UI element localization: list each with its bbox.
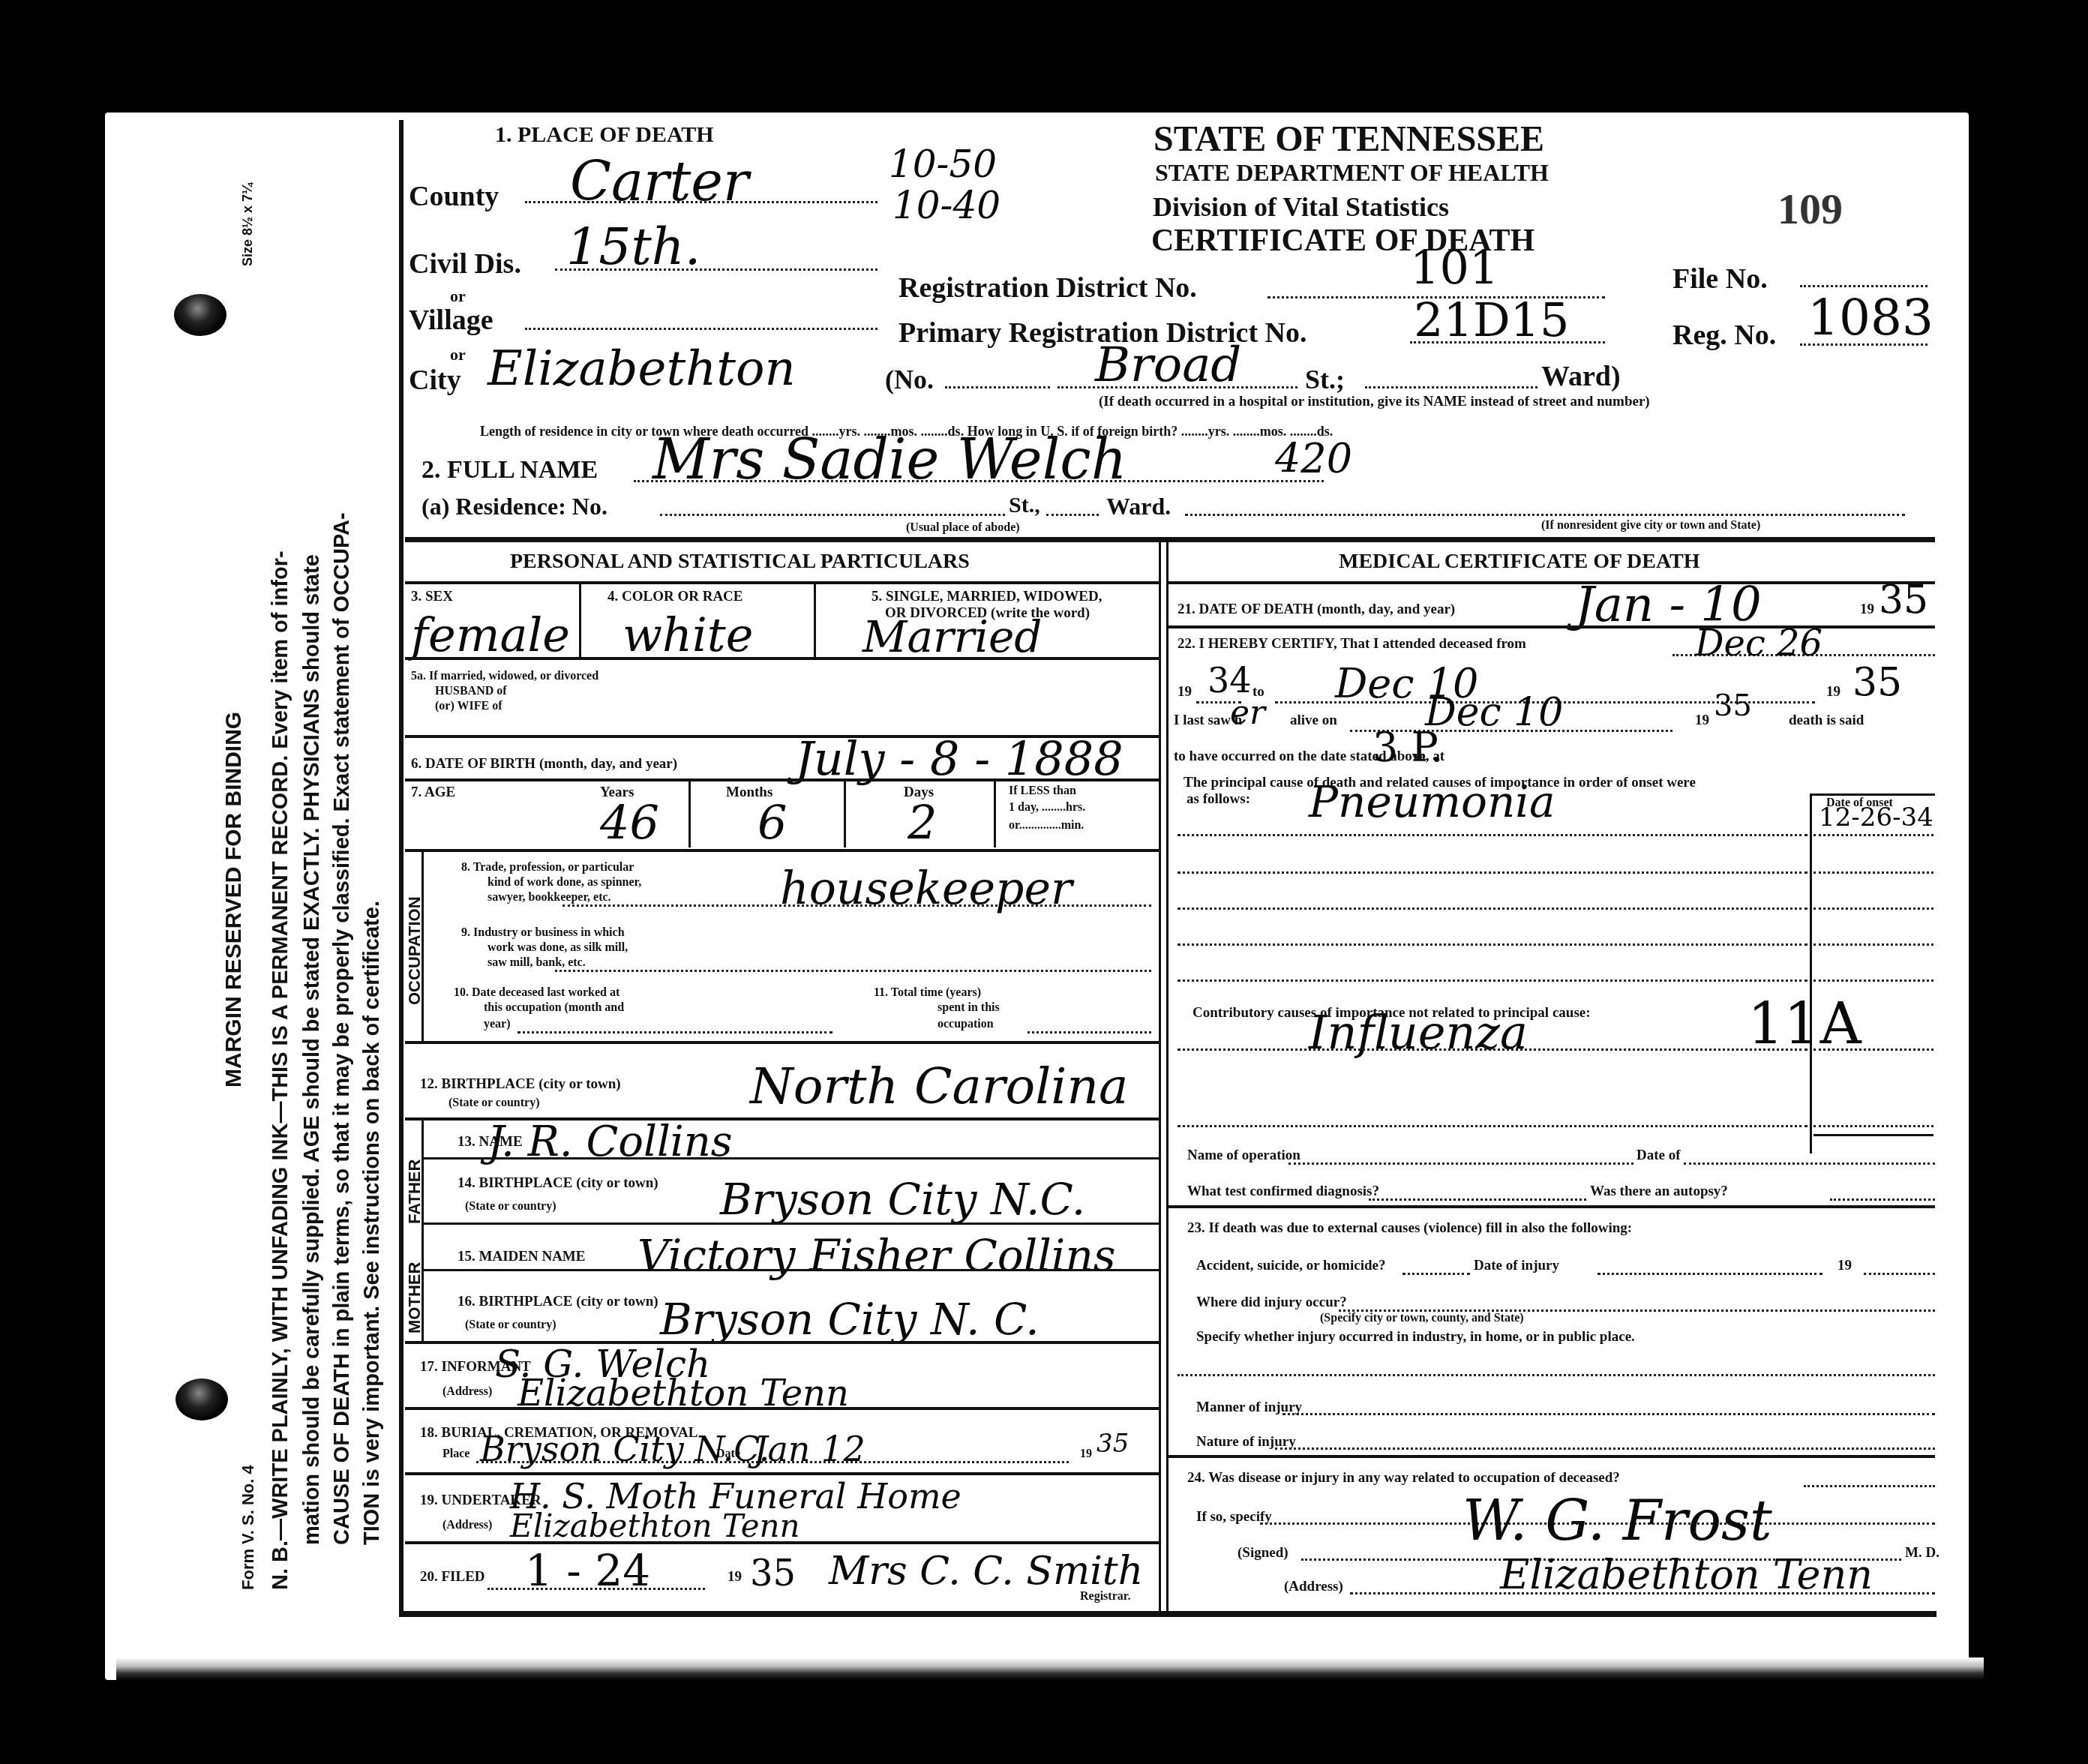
marital-label-1: 5. SINGLE, MARRIED, WIDOWED,	[871, 589, 1102, 605]
industry-label-2: work was done, as silk mill,	[487, 941, 628, 955]
full-name-value[interactable]: Mrs Sadie Welch	[652, 427, 1126, 492]
civil-dis-value[interactable]: 15th.	[566, 217, 700, 277]
margin-reserved: MARGIN RESERVED FOR BINDING	[221, 712, 247, 1087]
state-title: STATE OF TENNESSEE	[1153, 118, 1544, 160]
frame-left	[399, 120, 403, 1612]
time-suffix: m.	[1414, 748, 1429, 765]
column-divider-b	[1166, 540, 1168, 1612]
rule	[1168, 1205, 1935, 1208]
months-value[interactable]: 6	[757, 795, 787, 850]
dod-label: 21. DATE OF DEATH (month, day, and year)	[1177, 601, 1455, 618]
trade-label-2: kind of work done, as spinner,	[487, 876, 641, 889]
where-note: (Specify city or town, county, and State…	[1320, 1312, 1524, 1325]
instructions-line-3: CAUSE OF DEATH in plain terms, so that i…	[330, 512, 355, 1545]
full-name-annotation: 420	[1275, 435, 1352, 482]
department-title: STATE DEPARTMENT OF HEALTH	[1155, 159, 1549, 187]
instructions-line-1: N. B.—WRITE PLAINLY, WITH UNFADING INK—T…	[268, 105, 293, 1590]
spouse-label-2: HUSBAND of	[435, 685, 507, 698]
to-year[interactable]: 35	[1852, 660, 1902, 705]
rule	[405, 778, 1159, 781]
hospital-note: (If death occurred in a hospital or inst…	[1099, 394, 1650, 410]
spouse-label-3: (or) WIFE of	[435, 700, 502, 713]
less-than-3: or..............min.	[1009, 819, 1084, 832]
scan-edge	[116, 1657, 1984, 1680]
father-birthplace-value[interactable]: Bryson City N.C.	[720, 1174, 1085, 1225]
contributory-onset-line-2	[1813, 1125, 1933, 1127]
registration-district-label: Registration District No.	[898, 271, 1197, 304]
size-note: Size 8½ x 7¼	[240, 183, 256, 266]
contributory-line-2	[1177, 1125, 1807, 1127]
filed-year-prefix: 19	[727, 1569, 742, 1585]
binding-hole-top	[174, 294, 226, 336]
primary-district-label: Primary Registration District No.	[898, 316, 1307, 349]
alive-year-prefix: 19	[1695, 712, 1709, 729]
village-label: Village	[409, 304, 493, 337]
mother-name-label: 15. MAIDEN NAME	[457, 1249, 585, 1265]
rule	[1811, 793, 1935, 796]
residence-st-label: St.,	[1009, 493, 1040, 518]
total-time-line	[1027, 1031, 1151, 1033]
spouse-label-1: 5a. If married, widowed, or divorced	[411, 670, 598, 683]
registration-district-value[interactable]: 101	[1410, 240, 1498, 295]
total-time-label-3: occupation	[937, 1018, 994, 1031]
accident-label: Accident, suicide, or homicide?	[1196, 1258, 1385, 1274]
dod-year-prefix: 19	[1860, 601, 1874, 618]
rule	[1813, 1134, 1933, 1136]
dod-year[interactable]: 35	[1879, 577, 1928, 622]
last-worked-label-2: this occupation (month and	[484, 1001, 624, 1015]
birthplace-label-1: 12. BIRTHPLACE (city or town)	[420, 1076, 621, 1093]
contributory-line-1	[1177, 1048, 1807, 1051]
race-label: 4. COLOR OR RACE	[607, 589, 743, 605]
rule	[405, 581, 1159, 584]
sex-value[interactable]: female	[411, 607, 570, 662]
house-no-line	[945, 386, 1050, 388]
accident-line	[1402, 1273, 1470, 1275]
reg-no-label: Reg. No.	[1672, 319, 1776, 352]
father-bp-label-1: 14. BIRTHPLACE (city or town)	[457, 1175, 658, 1192]
binding-hole-bottom	[175, 1378, 228, 1420]
residence-ward-label: Ward.	[1106, 493, 1171, 520]
ward-line	[1365, 386, 1537, 388]
or-label-2: or	[450, 345, 466, 364]
less-than-2: 1 day, ........hrs.	[1009, 801, 1085, 814]
mother-side-label: MOTHER	[405, 1262, 424, 1333]
father-side-label: FATHER	[405, 1159, 424, 1224]
division-title: Division of Vital Statistics	[1153, 191, 1449, 223]
st-label: St.;	[1305, 364, 1345, 395]
undertaker-address-value[interactable]: Elizabethton Tenn	[510, 1507, 800, 1544]
rule	[1168, 1455, 1935, 1458]
age-label: 7. AGE	[411, 784, 455, 801]
city-value[interactable]: Elizabethton	[487, 341, 796, 397]
operation-date-line	[1684, 1162, 1935, 1165]
injury-year-line	[1864, 1273, 1935, 1275]
rule	[579, 583, 581, 658]
sex-label: 3. SEX	[411, 589, 453, 605]
mother-name-value[interactable]: Victory Fisher Collins	[637, 1230, 1116, 1281]
cause-line-5	[1177, 979, 1807, 982]
residence-label: (a) Residence: No.	[421, 493, 607, 520]
undertaker-address-label: (Address)	[442, 1519, 492, 1532]
onset-line-4	[1813, 943, 1933, 946]
ward-label: Ward)	[1541, 360, 1621, 393]
rule	[994, 780, 996, 847]
injury-year-prefix: 19	[1837, 1258, 1852, 1274]
specify-place-label: Specify whether injury occurred in indus…	[1196, 1329, 1635, 1345]
rule	[424, 1269, 1159, 1271]
physician-address-label: (Address)	[1284, 1579, 1343, 1595]
rule	[1168, 581, 1935, 584]
operation-date-label: Date of	[1636, 1147, 1681, 1164]
years-value[interactable]: 46	[600, 795, 659, 850]
rule	[405, 1041, 1159, 1044]
father-bp-label-2: (State or country)	[465, 1200, 556, 1213]
injury-date-line	[1597, 1273, 1822, 1275]
nature-line	[1275, 1447, 1935, 1450]
specify-place-line	[1177, 1374, 1935, 1376]
filed-date[interactable]: 1 - 24	[525, 1545, 650, 1596]
industry-line	[555, 970, 1151, 972]
onset-line-3	[1813, 907, 1933, 910]
alive-year[interactable]: 35	[1714, 688, 1752, 723]
place-of-death-heading: 1. PLACE OF DEATH	[495, 122, 714, 148]
occupation-related-line	[1804, 1485, 1935, 1487]
contributory-value[interactable]: Influenza	[1309, 1005, 1528, 1060]
cause-line-1	[1177, 834, 1807, 836]
instructions-line-4: TION is very important. See instructions…	[360, 901, 385, 1545]
onset-column-divider	[1810, 793, 1812, 1153]
autopsy-label: Was there an autopsy?	[1590, 1183, 1728, 1200]
filed-label: 20. FILED	[420, 1569, 485, 1585]
last-worked-line	[517, 1031, 832, 1033]
cause-line-4	[1177, 943, 1807, 946]
birthplace-label-2: (State or country)	[448, 1096, 539, 1110]
less-than-1: If LESS than	[1009, 784, 1076, 798]
filed-year[interactable]: 35	[750, 1552, 796, 1594]
rule	[405, 1407, 1159, 1410]
burial-year-value[interactable]: 35	[1096, 1429, 1129, 1459]
file-no-line	[1800, 285, 1927, 287]
days-value[interactable]: 2	[907, 795, 937, 850]
county-value[interactable]: Carter	[570, 150, 748, 213]
from-year-prefix: 19	[1177, 684, 1192, 700]
mother-bp-label-2: (State or country)	[465, 1318, 556, 1332]
dob-label: 6. DATE OF BIRTH (month, day, and year)	[411, 756, 677, 772]
village-line	[525, 328, 877, 330]
marital-value[interactable]: Married	[862, 611, 1042, 662]
operation-line	[1288, 1162, 1633, 1165]
principal-label-2: as follows:	[1186, 791, 1250, 808]
birthplace-value[interactable]: North Carolina	[750, 1057, 1128, 1115]
last-worked-label-1: 10. Date deceased last worked at	[454, 986, 619, 1000]
residence-st-line	[1046, 514, 1099, 516]
registrar-label: Registrar.	[1080, 1590, 1130, 1603]
personal-heading: PERSONAL AND STATISTICAL PARTICULARS	[510, 550, 970, 574]
attended-from-value[interactable]: Dec 26	[1695, 622, 1822, 664]
total-time-label-1: 11. Total time (years)	[874, 986, 981, 1000]
rule	[424, 1222, 1159, 1225]
section-divider	[405, 537, 1935, 542]
rule	[844, 780, 846, 847]
test-label: What test confirmed diagnosis?	[1187, 1183, 1379, 1200]
column-divider-a	[1159, 540, 1161, 1612]
external-causes-label: 23. If death was due to external causes …	[1187, 1220, 1632, 1237]
stamp-number: 109	[1777, 184, 1843, 234]
margin-code-2: 10-40	[892, 184, 1000, 227]
rule	[424, 1157, 1159, 1159]
trade-value[interactable]: housekeeper	[780, 862, 1072, 915]
margin-code-1: 10-50	[889, 142, 997, 186]
physician-address-value[interactable]: Elizabethton Tenn	[1500, 1551, 1873, 1598]
county-label: County	[409, 180, 499, 213]
last-saw-pronoun[interactable]: er	[1230, 694, 1265, 732]
burial-year-prefix: 19	[1080, 1447, 1092, 1461]
reg-no-value[interactable]: 1083	[1807, 289, 1933, 346]
test-line	[1369, 1198, 1586, 1201]
onset-line-1	[1813, 834, 1933, 836]
medical-heading: MEDICAL CERTIFICATE OF DEATH	[1339, 550, 1700, 574]
nonresident-note: (If nonresident give city or town and St…	[1541, 519, 1760, 532]
death-said-label: death is said	[1789, 712, 1864, 729]
alive-on-label: alive on	[1290, 712, 1337, 729]
race-value[interactable]: white	[622, 607, 753, 662]
classification-code: 11A	[1747, 990, 1861, 1057]
registrar-value[interactable]: Mrs C. C. Smith	[829, 1549, 1143, 1594]
informant-address-label: (Address)	[442, 1385, 492, 1399]
md-label: M. D.	[1905, 1545, 1939, 1561]
abode-note: (Usual place of abode)	[906, 521, 1020, 535]
last-worked-label-3: year)	[484, 1018, 511, 1031]
principal-cause-value[interactable]: Pneumonia	[1309, 776, 1555, 827]
street-line	[1057, 386, 1297, 388]
cause-line-3	[1177, 907, 1807, 910]
to-year-prefix: 19	[1826, 684, 1840, 700]
mother-bp-label-1: 16. BIRTHPLACE (city or town)	[457, 1294, 658, 1310]
rule	[405, 1541, 1159, 1544]
where-label: Where did injury occur?	[1196, 1294, 1347, 1311]
burial-date-label: Date	[716, 1447, 740, 1461]
alive-on-value[interactable]: Dec 10	[1425, 690, 1563, 735]
rule	[688, 780, 691, 847]
contributory-onset-line-1	[1813, 1048, 1933, 1051]
onset-value[interactable]: 12-26-34	[1819, 802, 1933, 832]
rule	[405, 657, 1159, 660]
industry-label-1: 9. Industry or business in which	[461, 926, 625, 940]
time-value[interactable]: 3 P.	[1372, 724, 1443, 771]
manner-line	[1282, 1413, 1935, 1415]
occupation-side-label: OCCUPATION	[405, 896, 424, 1005]
physician-signature[interactable]: W. G. Frost	[1462, 1489, 1772, 1553]
full-name-label: 2. FULL NAME	[421, 456, 598, 484]
trade-label-3: sawyer, bookkeeper, etc.	[487, 891, 611, 904]
house-no-label: (No.	[885, 364, 934, 395]
cause-line-2	[1177, 871, 1807, 874]
occupation-related-label: 24. Was disease or injury in any way rel…	[1187, 1470, 1620, 1486]
autopsy-line	[1830, 1198, 1935, 1201]
burial-place-label: Place	[442, 1447, 469, 1461]
certify-label: 22. I HEREBY CERTIFY, That I attended de…	[1177, 636, 1526, 652]
industry-label-3: saw mill, bank, etc.	[487, 956, 586, 970]
signed-label: (Signed)	[1237, 1545, 1288, 1561]
rule	[814, 583, 816, 658]
burial-date-value[interactable]: Jan 12	[754, 1429, 865, 1469]
trade-label-1: 8. Trade, profession, or particular	[461, 861, 634, 874]
rule	[405, 1472, 1159, 1475]
mother-birthplace-value[interactable]: Bryson City N. C.	[660, 1294, 1039, 1345]
rule	[405, 849, 1159, 852]
primary-district-value[interactable]: 21D15	[1414, 292, 1570, 347]
form-id: Form V. S. No. 4	[238, 1465, 258, 1590]
operation-label: Name of operation	[1187, 1147, 1300, 1164]
residence-no-line	[660, 514, 1005, 516]
total-time-label-2: spent in this	[937, 1001, 1000, 1015]
onset-line-5	[1813, 979, 1933, 982]
onset-line-2	[1813, 871, 1933, 874]
instructions-line-2: mation should be carefully supplied. AGE…	[300, 554, 325, 1545]
city-label: City	[409, 364, 461, 397]
civil-dis-label: Civil Dis.	[409, 247, 521, 280]
residence-city-line	[1185, 514, 1905, 516]
injury-date-label: Date of injury	[1474, 1258, 1559, 1274]
file-no-label: File No.	[1672, 262, 1768, 295]
